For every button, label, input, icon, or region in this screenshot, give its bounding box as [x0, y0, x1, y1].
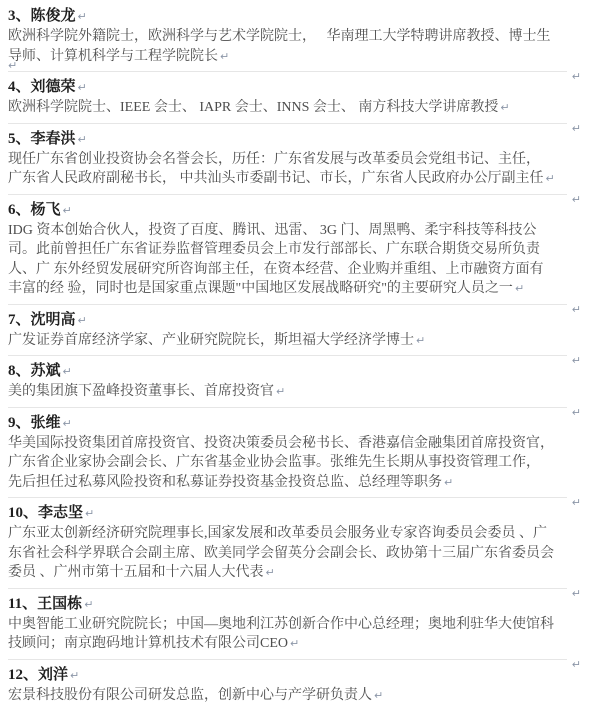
- person-heading: 7、沈明高↵: [8, 310, 581, 330]
- person-section: ↵ 9、张维↵ 华美国际投资集团首席投资官、投资决策委员会秘书长、香港嘉信金融集…: [8, 404, 581, 493]
- person-section: ↵ 5、李春洪↵ 现任广东省创业投资协会名誉会长，历任：广东省发展与改革委员会党…: [8, 120, 581, 189]
- divider-line: [8, 123, 567, 124]
- divider-line: [8, 407, 567, 408]
- person-description: 广东亚太创新经济研究院理事长,国家发展和改革委员会服务业专家咨询委员会委员 、广…: [8, 524, 556, 583]
- person-heading: 3、陈俊龙↵: [8, 6, 581, 26]
- divider-line: [8, 71, 567, 72]
- divider-line: [8, 355, 567, 356]
- person-heading: 10、李志坚↵: [8, 503, 581, 523]
- person-section: 3、陈俊龙↵ 欧洲科学院外籍院士，欧洲科学与艺术学院院士， 华南理工大学特聘讲席…: [8, 6, 581, 66]
- paragraph-mark-icon: ↵: [546, 172, 555, 185]
- person-name-number: 3、陈俊龙: [8, 8, 76, 24]
- person-name-number: 12、刘洋: [8, 667, 68, 683]
- paragraph-mark-icon: ↵: [63, 365, 72, 378]
- person-heading: 5、李春洪↵: [8, 129, 581, 149]
- paragraph-mark-icon: ↵: [515, 282, 524, 295]
- section-divider: ↵ ↵: [8, 68, 581, 75]
- person-section: ↵ 12、刘洋↵ 宏景科技股份有限公司研发总监，创新中心与产学研负责人↵: [8, 656, 581, 706]
- paragraph-mark-icon: ↵: [572, 588, 581, 599]
- person-heading: 4、刘德荣↵: [8, 77, 581, 97]
- person-name-number: 8、苏斌: [8, 363, 61, 379]
- paragraph-mark-icon: ↵: [220, 50, 229, 63]
- person-description: IDG 资本创始合伙人，投资了百度、腾讯、迅雷、 3G 门、周黑鸭、柔宇科技等科…: [8, 221, 556, 299]
- person-name-number: 9、张维: [8, 415, 61, 431]
- divider-line: [8, 588, 567, 589]
- section-divider: ↵: [8, 494, 581, 501]
- paragraph-mark-icon: ↵: [78, 81, 87, 94]
- person-description: 现任广东省创业投资协会名誉会长，历任：广东省发展与改革委员会党组书记、主任， 广…: [8, 150, 556, 189]
- divider-line: [8, 497, 567, 498]
- person-name-number: 5、李春洪: [8, 131, 76, 147]
- divider-line: [8, 659, 567, 660]
- section-divider: ↵: [8, 352, 581, 359]
- person-description: 华美国际投资集团首席投资官、投资决策委员会秘书长、香港嘉信金融集团首席投资官，广…: [8, 434, 556, 493]
- paragraph-mark-icon: ↵: [85, 507, 94, 520]
- paragraph-mark-icon: ↵: [63, 204, 72, 217]
- person-section: ↵ ↵ 4、刘德荣↵ 欧洲科学院院士、IEEE 会士、 IAPR 会士、INNS…: [8, 68, 581, 118]
- document-body: 3、陈俊龙↵ 欧洲科学院外籍院士，欧洲科学与艺术学院院士， 华南理工大学特聘讲席…: [8, 6, 581, 705]
- section-divider: ↵: [8, 191, 581, 198]
- section-divider: ↵: [8, 656, 581, 663]
- person-description-text: IDG 资本创始合伙人，投资了百度、腾讯、迅雷、 3G 门、周黑鸭、柔宇科技等科…: [8, 223, 544, 297]
- divider-line: [8, 304, 567, 305]
- paragraph-mark-icon: ↵: [416, 334, 425, 347]
- person-description: 欧洲科学院院士、IEEE 会士、 IAPR 会士、INNS 会士、 南方科技大学…: [8, 98, 556, 118]
- paragraph-mark-icon: ↵: [572, 123, 581, 134]
- person-description-text: 欧洲科学院院士、IEEE 会士、 IAPR 会士、INNS 会士、 南方科技大学…: [8, 100, 498, 115]
- paragraph-mark-icon: ↵: [572, 659, 581, 670]
- paragraph-mark-icon: ↵: [572, 355, 581, 366]
- person-description-text: 广东亚太创新经济研究院理事长,国家发展和改革委员会服务业专家咨询委员会委员 、广…: [8, 526, 554, 580]
- divider-line: [8, 194, 567, 195]
- person-description-text: 现任广东省创业投资协会名誉会长，历任：广东省发展与改革委员会党组书记、主任， 广…: [8, 152, 547, 187]
- paragraph-mark-icon: ↵: [63, 417, 72, 430]
- paragraph-mark-icon: ↵: [78, 314, 87, 327]
- person-description: 广发证券首席经济学家、产业研究院院长，斯坦福大学经济学博士↵: [8, 331, 556, 351]
- person-description-text: 宏景科技股份有限公司研发总监，创新中心与产学研负责人: [8, 688, 372, 703]
- person-description: 美的集团旗下盈峰投资董事长、首席投资官↵: [8, 382, 556, 402]
- paragraph-mark-icon: ↵: [266, 566, 275, 579]
- person-section: ↵ 11、王国栋↵ 中奥智能工业研究院院长；中国—奥地利江苏创新合作中心总经理；…: [8, 585, 581, 654]
- paragraph-mark-icon: ↵: [276, 385, 285, 398]
- paragraph-mark-icon: ↵: [572, 71, 581, 82]
- person-description: 欧洲科学院外籍院士，欧洲科学与艺术学院院士， 华南理工大学特聘讲席教授、博士生导…: [8, 27, 556, 66]
- person-name-number: 4、刘德荣: [8, 79, 76, 95]
- section-divider: ↵: [8, 585, 581, 592]
- paragraph-mark-icon: ↵: [84, 598, 93, 611]
- section-divider: ↵: [8, 120, 581, 127]
- person-heading: 9、张维↵: [8, 413, 581, 433]
- person-heading: 12、刘洋↵: [8, 665, 581, 685]
- paragraph-mark-icon: ↵: [500, 101, 509, 114]
- person-section: ↵ 10、李志坚↵ 广东亚太创新经济研究院理事长,国家发展和改革委员会服务业专家…: [8, 494, 581, 583]
- paragraph-mark-icon: ↵: [572, 497, 581, 508]
- person-name-number: 11、王国栋: [8, 596, 82, 612]
- section-divider: ↵: [8, 301, 581, 308]
- person-heading: 6、杨飞↵: [8, 200, 581, 220]
- paragraph-mark-icon: ↵: [572, 407, 581, 418]
- paragraph-mark-icon: ↵: [8, 60, 17, 71]
- person-description-text: 美的集团旗下盈峰投资董事长、首席投资官: [8, 384, 274, 399]
- person-description-text: 广发证券首席经济学家、产业研究院院长，斯坦福大学经济学博士: [8, 333, 414, 348]
- document-page: 3、陈俊龙↵ 欧洲科学院外籍院士，欧洲科学与艺术学院院士， 华南理工大学特聘讲席…: [0, 0, 589, 723]
- person-description-text: 华美国际投资集团首席投资官、投资决策委员会秘书长、香港嘉信金融集团首席投资官，广…: [8, 436, 554, 490]
- person-heading: 11、王国栋↵: [8, 594, 581, 614]
- person-name-number: 6、杨飞: [8, 202, 61, 218]
- person-name-number: 7、沈明高: [8, 312, 76, 328]
- person-section: ↵ 6、杨飞↵ IDG 资本创始合伙人，投资了百度、腾讯、迅雷、 3G 门、周黑…: [8, 191, 581, 299]
- person-description: 宏景科技股份有限公司研发总监，创新中心与产学研负责人↵: [8, 686, 556, 706]
- person-description-text: 中奥智能工业研究院院长；中国—奥地利江苏创新合作中心总经理；奥地利驻华大使馆科技…: [8, 617, 554, 652]
- paragraph-mark-icon: ↵: [444, 476, 453, 489]
- paragraph-mark-icon: ↵: [290, 637, 299, 650]
- person-heading: 8、苏斌↵: [8, 361, 581, 381]
- paragraph-mark-icon: ↵: [572, 194, 581, 205]
- paragraph-mark-icon: ↵: [70, 669, 79, 682]
- person-name-number: 10、李志坚: [8, 505, 83, 521]
- section-divider: ↵: [8, 404, 581, 411]
- paragraph-mark-icon: ↵: [78, 10, 87, 23]
- person-section: ↵ 7、沈明高↵ 广发证券首席经济学家、产业研究院院长，斯坦福大学经济学博士↵: [8, 301, 581, 351]
- paragraph-mark-icon: ↵: [78, 133, 87, 146]
- person-section: ↵ 8、苏斌↵ 美的集团旗下盈峰投资董事长、首席投资官↵: [8, 352, 581, 402]
- paragraph-mark-icon: ↵: [374, 689, 383, 702]
- paragraph-mark-icon: ↵: [572, 304, 581, 315]
- person-description-text: 欧洲科学院外籍院士，欧洲科学与艺术学院院士， 华南理工大学特聘讲席教授、博士生导…: [8, 29, 551, 64]
- person-description: 中奥智能工业研究院院长；中国—奥地利江苏创新合作中心总经理；奥地利驻华大使馆科技…: [8, 615, 556, 654]
